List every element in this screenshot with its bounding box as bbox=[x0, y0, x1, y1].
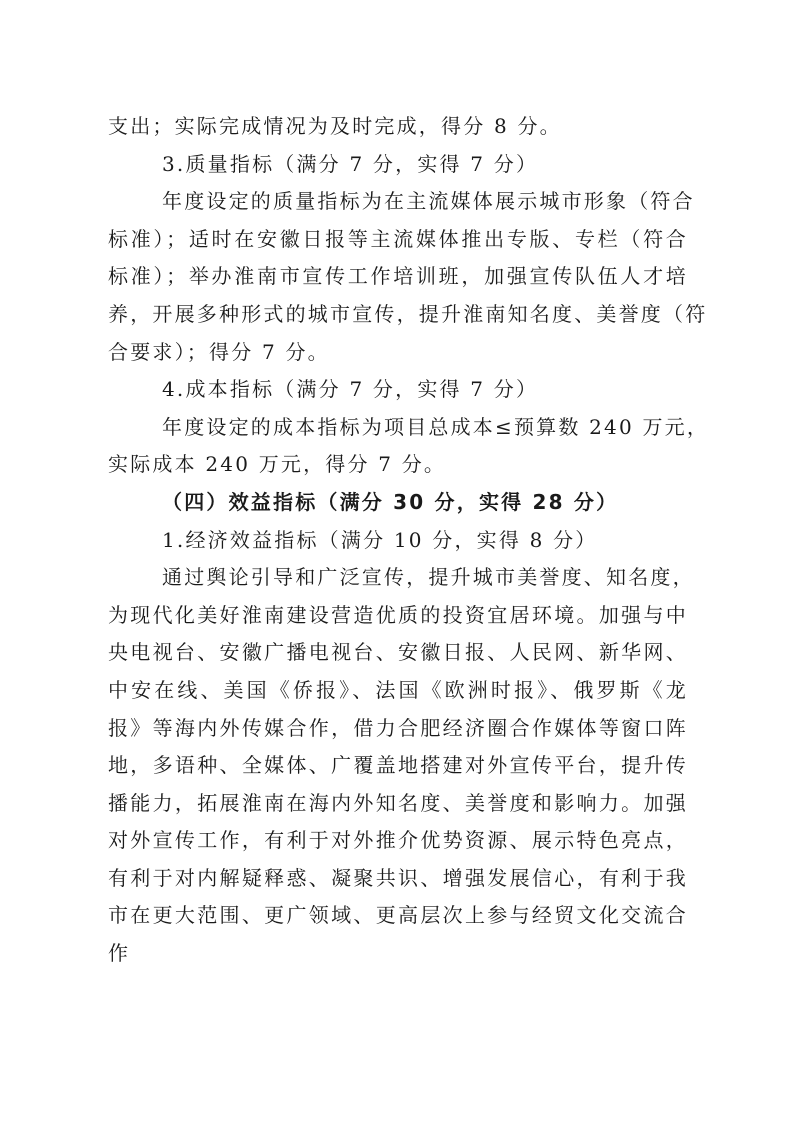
text-line: 为现代化美好淮南建设营造优质的投资宜居环境。加强与中 bbox=[108, 597, 688, 635]
text-line: 标准）；适时在安徽日报等主流媒体推出专版、专栏（符合 bbox=[108, 221, 688, 259]
text-line: 实际成本 240 万元，得分 7 分。 bbox=[108, 446, 688, 484]
text-line: 对外宣传工作，有利于对外推介优势资源、展示特色亮点， bbox=[108, 822, 688, 860]
text-line: 中安在线、美国《侨报》、法国《欧洲时报》、俄罗斯《龙 bbox=[108, 672, 688, 710]
text-line: 标准）；举办淮南市宣传工作培训班，加强宣传队伍人才培 bbox=[108, 258, 688, 296]
text-line: 年度设定的质量指标为在主流媒体展示城市形象（符合 bbox=[108, 183, 688, 221]
text-line: 作 bbox=[108, 935, 688, 973]
document-page: 支出；实际完成情况为及时完成，得分 8 分。 3.质量指标（满分 7 分，实得 … bbox=[108, 108, 688, 973]
text-line: 报》等海内外传媒合作，借力合肥经济圈合作媒体等窗口阵 bbox=[108, 710, 688, 748]
major-heading: （四）效益指标（满分 30 分，实得 28 分） bbox=[108, 484, 688, 522]
text-line: 播能力，拓展淮南在海内外知名度、美誉度和影响力。加强 bbox=[108, 785, 688, 823]
section-heading: 3.质量指标（满分 7 分，实得 7 分） bbox=[108, 146, 688, 184]
text-line: 地，多语种、全媒体、广覆盖地搭建对外宣传平台，提升传 bbox=[108, 747, 688, 785]
text-line: 通过舆论引导和广泛宣传，提升城市美誉度、知名度， bbox=[108, 559, 688, 597]
text-line: 年度设定的成本指标为项目总成本≤预算数 240 万元， bbox=[108, 409, 688, 447]
section-heading: 4.成本指标（满分 7 分，实得 7 分） bbox=[108, 371, 688, 409]
text-line: 市在更大范围、更广领域、更高层次上参与经贸文化交流合 bbox=[108, 897, 688, 935]
text-line: 有利于对内解疑释惑、凝聚共识、增强发展信心，有利于我 bbox=[108, 860, 688, 898]
section-heading: 1.经济效益指标（满分 10 分，实得 8 分） bbox=[108, 522, 688, 560]
text-line: 合要求）；得分 7 分。 bbox=[108, 334, 688, 372]
text-line: 养，开展多种形式的城市宣传，提升淮南知名度、美誉度（符 bbox=[108, 296, 688, 334]
text-line: 支出；实际完成情况为及时完成，得分 8 分。 bbox=[108, 108, 688, 146]
text-line: 央电视台、安徽广播电视台、安徽日报、人民网、新华网、 bbox=[108, 634, 688, 672]
